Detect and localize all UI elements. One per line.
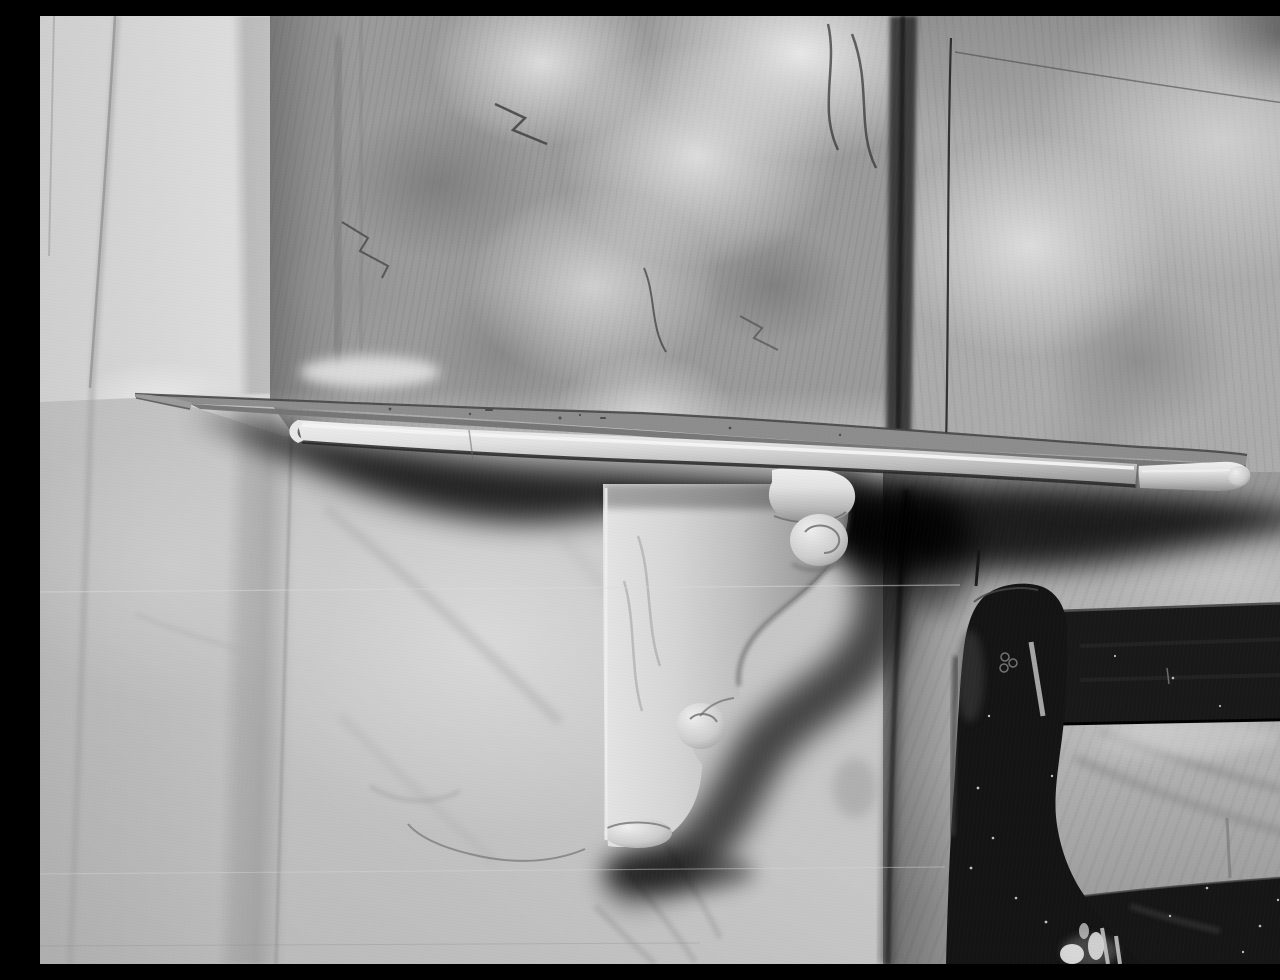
diagonal-vein-1 — [325, 508, 560, 722]
thin-crack-right-face — [946, 38, 951, 446]
photograph: Black-and-white photograph of a white ma… — [40, 16, 1280, 964]
pew-top-rail — [1056, 602, 1280, 725]
wooden-pew — [946, 550, 1280, 964]
wall-smudge — [833, 758, 877, 818]
scratch-line-2 — [40, 867, 945, 874]
film-scratches — [40, 585, 960, 946]
pier-edge-streak — [336, 36, 340, 368]
plaster-crack-2 — [342, 222, 388, 278]
scratch-line-3 — [40, 943, 700, 946]
scratch-line-1 — [40, 585, 960, 592]
mid-scroll-knob — [676, 703, 726, 749]
gap-wall-light-band — [1100, 720, 1280, 756]
plaster-crack-4 — [740, 316, 778, 350]
plaster-crack-3 — [644, 268, 666, 352]
left-vein-core — [90, 16, 115, 388]
hairline-crack-right — [955, 52, 1280, 108]
bright-patch-above-shelf — [300, 356, 440, 388]
plaster-crack-1 — [495, 104, 547, 144]
left-vein-line — [70, 16, 117, 964]
branch-veins — [828, 24, 876, 168]
photo-detail-layer — [40, 16, 1280, 964]
panel-scuff-patch — [956, 630, 984, 722]
diagonal-vein-2 — [340, 716, 495, 861]
pilaster-edge-line — [276, 416, 292, 964]
end-molding-highlight — [1142, 470, 1230, 471]
curved-crack-below-bracket — [408, 824, 585, 861]
far-left-line — [49, 16, 54, 256]
gap-wall-vertical-vein — [1227, 818, 1230, 878]
diagonal-vein-4 — [135, 614, 266, 656]
panel-left-scuff — [952, 656, 956, 836]
pier-edge-streak-2 — [360, 16, 362, 351]
bracket-foot-shadow — [605, 852, 755, 892]
shelf-end-cap — [1228, 466, 1250, 486]
